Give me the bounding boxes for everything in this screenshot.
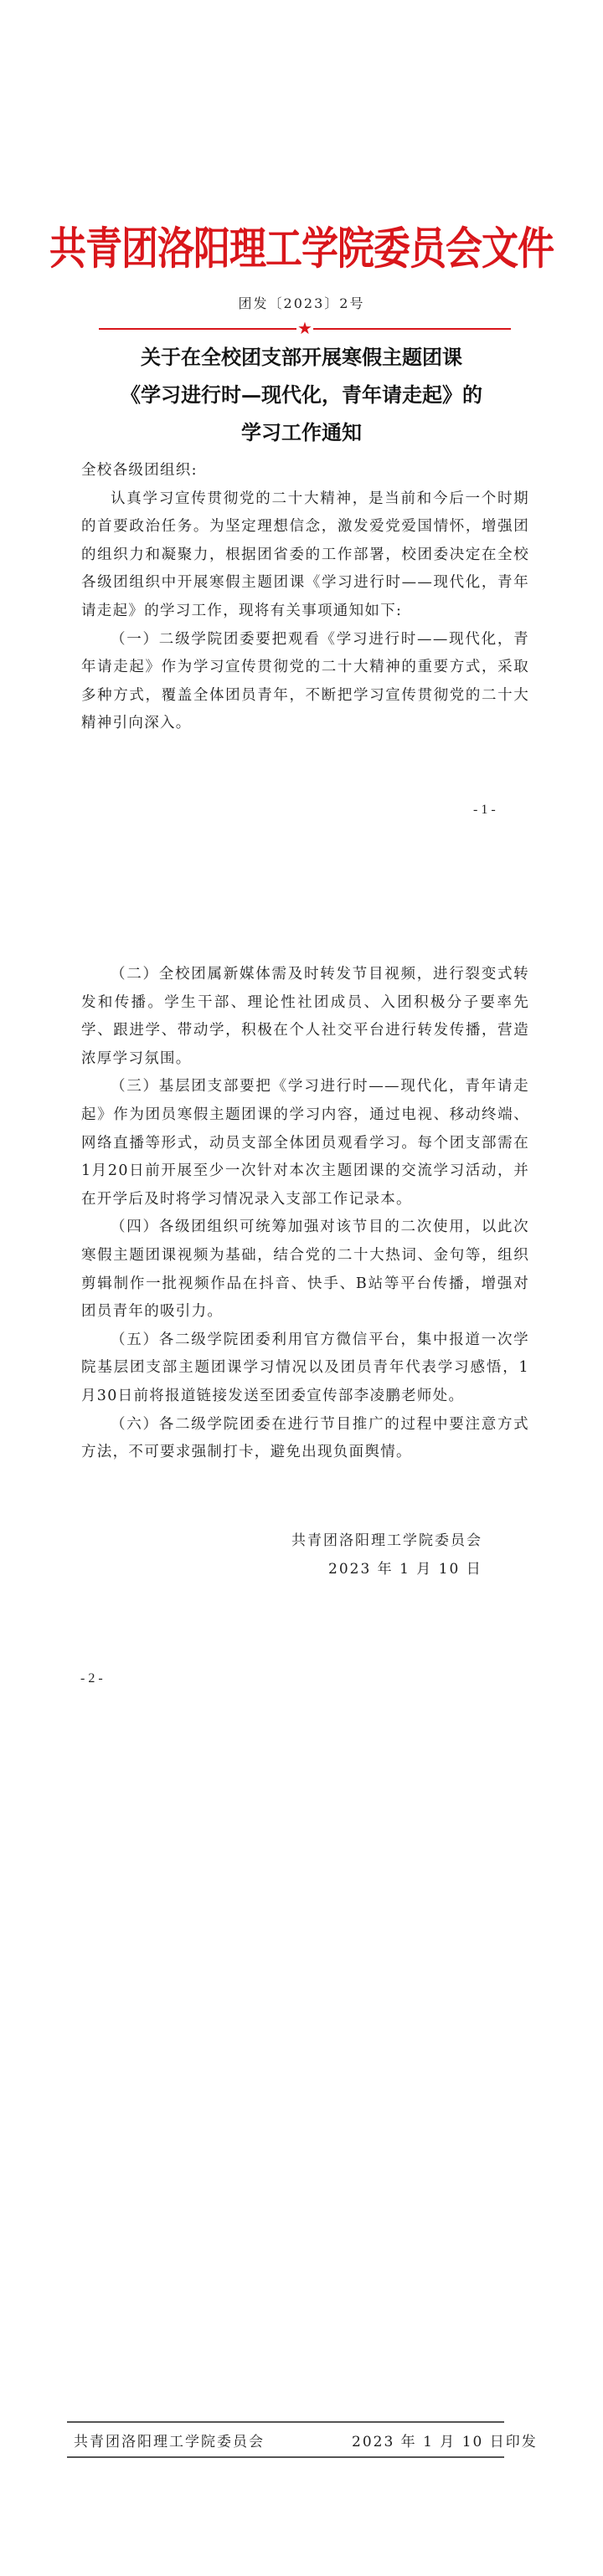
document-number: 团发〔2023〕2号 [0, 295, 603, 313]
colophon-bottom-rule [67, 2456, 504, 2458]
item-1-paragraph: （一）二级学院团委要把观看《学习进行时——现代化，青年请走起》作为学习宣传贯彻党… [81, 626, 529, 738]
signature-block: 共青团洛阳理工学院委员会 2023 年 1 月 10 日 [0, 1527, 603, 1586]
item-4-paragraph: （四）各级团组织可统筹加强对该节目的二次使用，以此次寒假主题团课视频为基础，结合… [81, 1214, 529, 1326]
star-icon: ★ [296, 319, 313, 337]
colophon-issuer: 共青团洛阳理工学院委员会 [74, 2431, 265, 2453]
page-number-1: - 1 - [473, 802, 496, 818]
document-title-line-3: 学习工作通知 [0, 418, 603, 447]
page-number-2: - 2 - [80, 1670, 103, 1687]
page-2-body: （二）全校团属新媒体需及时转发节目视频，进行裂变式转发和传播。学生干部、理论性社… [81, 961, 529, 1467]
page-1-body: 全校各级团组织: 认真学习宣传贯彻党的二十大精神，是当前和今后一个时期的首要政治… [81, 457, 529, 738]
item-2-paragraph: （二）全校团属新媒体需及时转发节目视频，进行裂变式转发和传播。学生干部、理论性社… [81, 961, 529, 1073]
document-title-line-1: 关于在全校团支部开展寒假主题团课 [0, 343, 603, 372]
signature-date: 2023 年 1 月 10 日 [328, 1556, 482, 1583]
document-title-line-2: 《学习进行时—现代化，青年请走起》的 [0, 381, 603, 409]
intro-paragraph: 认真学习宣传贯彻党的二十大精神，是当前和今后一个时期的首要政治任务。为坚定理想信… [81, 485, 529, 626]
signature-org: 共青团洛阳理工学院委员会 [291, 1527, 482, 1555]
colophon-top-rule [67, 2421, 504, 2423]
item-5-paragraph: （五）各二级学院团委利用官方微信平台，集中报道一次学院基层团支部主题团课学习情况… [81, 1326, 529, 1411]
colophon-print-date: 2023 年 1 月 10 日印发 [352, 2431, 538, 2453]
item-3-paragraph: （三）基层团支部要把《学习进行时——现代化，青年请走起》作为团员寒假主题团课的学… [81, 1073, 529, 1214]
salutation: 全校各级团组织: [81, 457, 529, 485]
masthead-title: 共青团洛阳理工学院委员会文件 [0, 219, 603, 280]
item-6-paragraph: （六）各二级学院团委在进行节目推广的过程中要注意方式方法，不可要求强制打卡，避免… [81, 1411, 529, 1467]
